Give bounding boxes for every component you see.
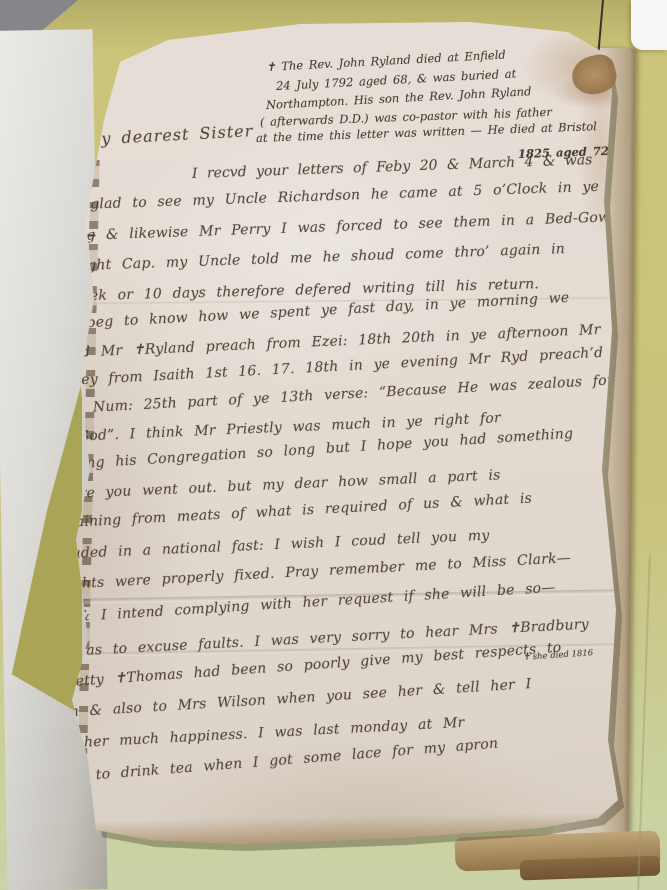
margin-mark: le bbox=[640, 318, 650, 331]
white-card-corner bbox=[631, 0, 667, 50]
opening-line: I recvd your letters of Feby 20 & March … bbox=[192, 152, 593, 182]
letter-line: morng & likewise Mr Perry I was forced t… bbox=[48, 209, 620, 245]
letter-line: & night Cap. my Uncle told me he shoud c… bbox=[50, 241, 566, 275]
margin-mark: nh bbox=[642, 643, 656, 656]
salutation: My dearest Sister bbox=[84, 121, 254, 149]
line-text: & night Cap. my Uncle told me he shoud c… bbox=[50, 241, 566, 275]
letter-photograph: ✝ The Rev. John Ryland died at Enfield 2… bbox=[0, 0, 667, 890]
margin-mark: 7 bbox=[636, 296, 643, 309]
letter-line: very glad to see my Uncle Richardson he … bbox=[48, 179, 600, 214]
letter-page: ✝ The Rev. John Ryland died at Enfield 2… bbox=[0, 0, 667, 890]
line-text: very glad to see my Uncle Richardson he … bbox=[48, 179, 600, 214]
line-text: & likewise Mr Perry I was forced to see … bbox=[95, 209, 620, 243]
